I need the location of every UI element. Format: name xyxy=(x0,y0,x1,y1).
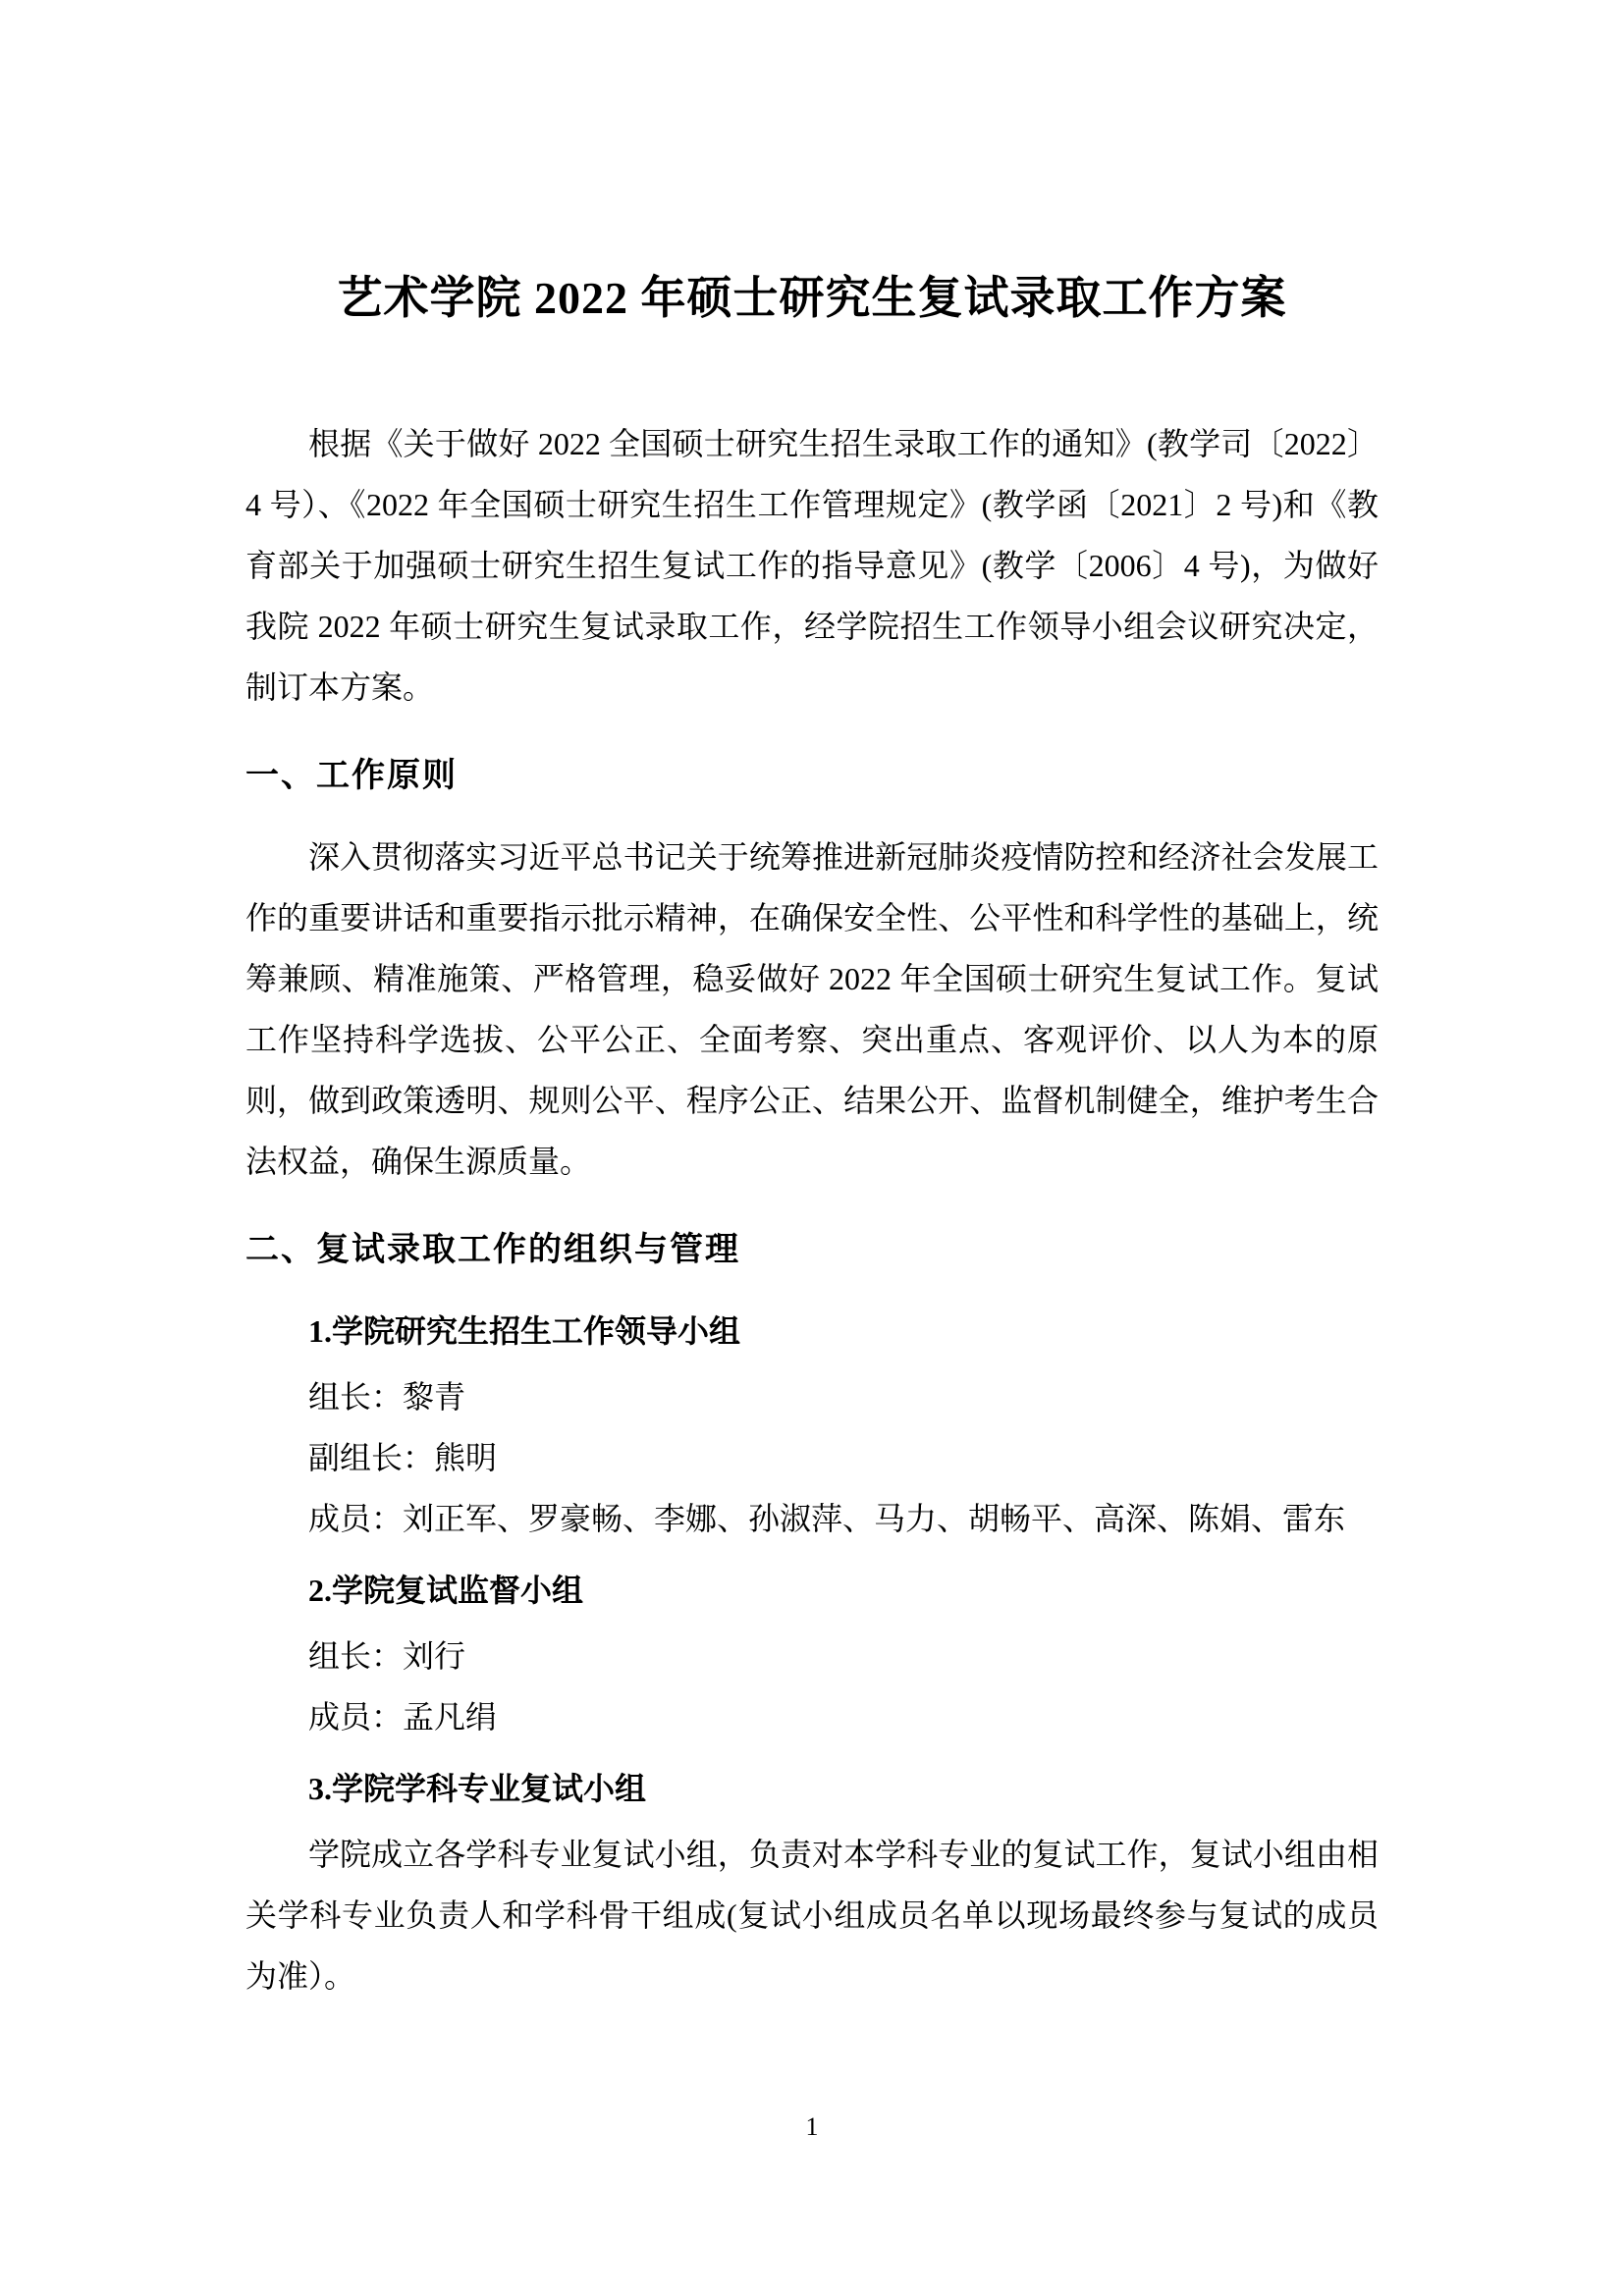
page-number: 1 xyxy=(806,2112,819,2141)
group-2-heading: 2.学院复试监督小组 xyxy=(245,1560,1379,1621)
group-1-heading: 1.学院研究生招生工作领导小组 xyxy=(245,1301,1379,1362)
intro-paragraph: 根据《关于做好 2022 全国硕士研究生招生录取工作的通知》(教学司〔2022〕… xyxy=(245,413,1379,718)
group-3-heading: 3.学院学科专业复试小组 xyxy=(245,1758,1379,1819)
group-3-paragraph: 学院成立各学科专业复试小组，负责对本学科专业的复试工作，复试小组由相关学科专业负… xyxy=(245,1824,1379,2006)
section-two-heading: 二、复试录取工作的组织与管理 xyxy=(245,1219,1379,1280)
group-1-leader-line: 组长：黎青 xyxy=(245,1366,1379,1427)
document-title: 艺术学院 2022 年硕士研究生复试录取工作方案 xyxy=(245,267,1379,330)
section-one-paragraph: 深入贯彻落实习近平总书记关于统筹推进新冠肺炎疫情防控和经济社会发展工作的重要讲话… xyxy=(245,827,1379,1192)
group-1-deputy-leader-line: 副组长：熊明 xyxy=(245,1427,1379,1488)
group-1-members-line: 成员：刘正军、罗豪畅、李娜、孙淑萍、马力、胡畅平、高深、陈娟、雷东 xyxy=(245,1488,1379,1549)
section-one-heading: 一、工作原则 xyxy=(245,745,1379,806)
group-2-members-line: 成员：孟凡绢 xyxy=(245,1686,1379,1747)
page-footer: 1 xyxy=(245,2112,1379,2142)
group-2-leader-line: 组长：刘行 xyxy=(245,1626,1379,1686)
document-page: 艺术学院 2022 年硕士研究生复试录取工作方案 根据《关于做好 2022 全国… xyxy=(0,0,1624,2296)
